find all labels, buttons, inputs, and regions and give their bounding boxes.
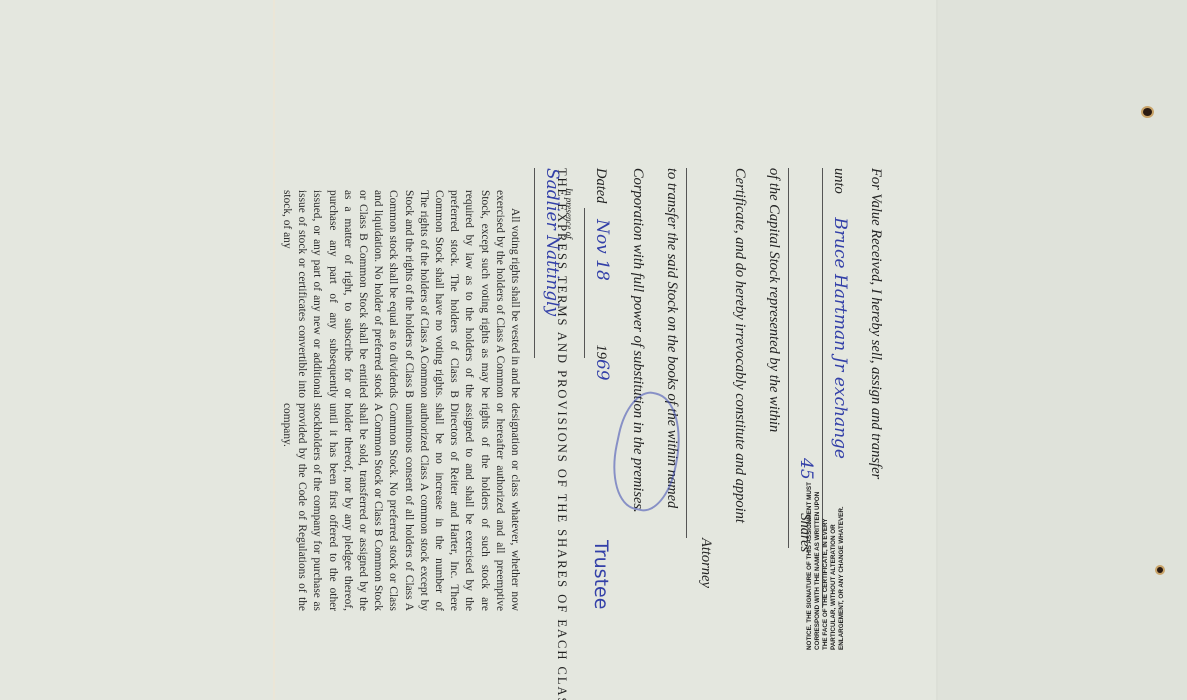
right-paper-panel	[936, 0, 1187, 700]
share-count-field: 45	[796, 458, 816, 480]
date-field: Nov 18	[592, 219, 612, 281]
terms-column-2: designation or class whatever, whether n…	[279, 403, 522, 611]
assignment-text: Attorney	[698, 538, 714, 588]
assignment-text: Certificate, and do hereby irrevocably c…	[732, 168, 748, 523]
assignee-name-field: Bruce Hartman Jr exchange	[830, 217, 850, 459]
page-fold-line	[936, 0, 938, 700]
punch-hole-icon	[1157, 567, 1163, 573]
witness-signature: Sadlier Nattingly	[542, 168, 562, 316]
assignment-line-5: Certificate, and do hereby irrevocably c…	[714, 168, 748, 608]
witness-line: Sadlier Nattingly	[528, 168, 562, 608]
presence-line: In presence of	[562, 168, 578, 608]
trustee-signature-text: Trustee	[590, 540, 612, 609]
terms-paragraph-2: designation or class whatever, whether n…	[279, 403, 522, 611]
page-fold-line	[273, 0, 275, 700]
year-prefix: 19	[593, 344, 609, 359]
assignment-line-7: to transfer the said Stock on the books …	[646, 168, 680, 608]
assignment-line-4: of the Capital Stock represented by the …	[748, 168, 782, 608]
punch-hole-icon	[1143, 108, 1152, 116]
signature-notice: NOTICE. THE SIGNATURE OF THIS ASSIGNMENT…	[806, 480, 846, 650]
terms-paragraph-1: All voting rights shall be vested in and…	[279, 190, 522, 398]
dated-label: Dated	[593, 168, 609, 203]
assignment-line-1: For Value Received, I hereby sell, assig…	[850, 168, 884, 608]
assignment-line-6: Attorney	[680, 168, 714, 608]
assignment-text: For Value Received, I hereby sell, assig…	[868, 168, 884, 479]
in-presence-label: In presence of	[564, 188, 574, 239]
assignment-line-8: Corporation with full power of substitut…	[612, 168, 646, 608]
assignment-text: unto	[831, 168, 847, 194]
assignment-text: of the Capital Stock represented by the …	[766, 168, 782, 432]
terms-column-1: All voting rights shall be vested in and…	[279, 190, 522, 398]
year-field: 69	[592, 359, 612, 381]
